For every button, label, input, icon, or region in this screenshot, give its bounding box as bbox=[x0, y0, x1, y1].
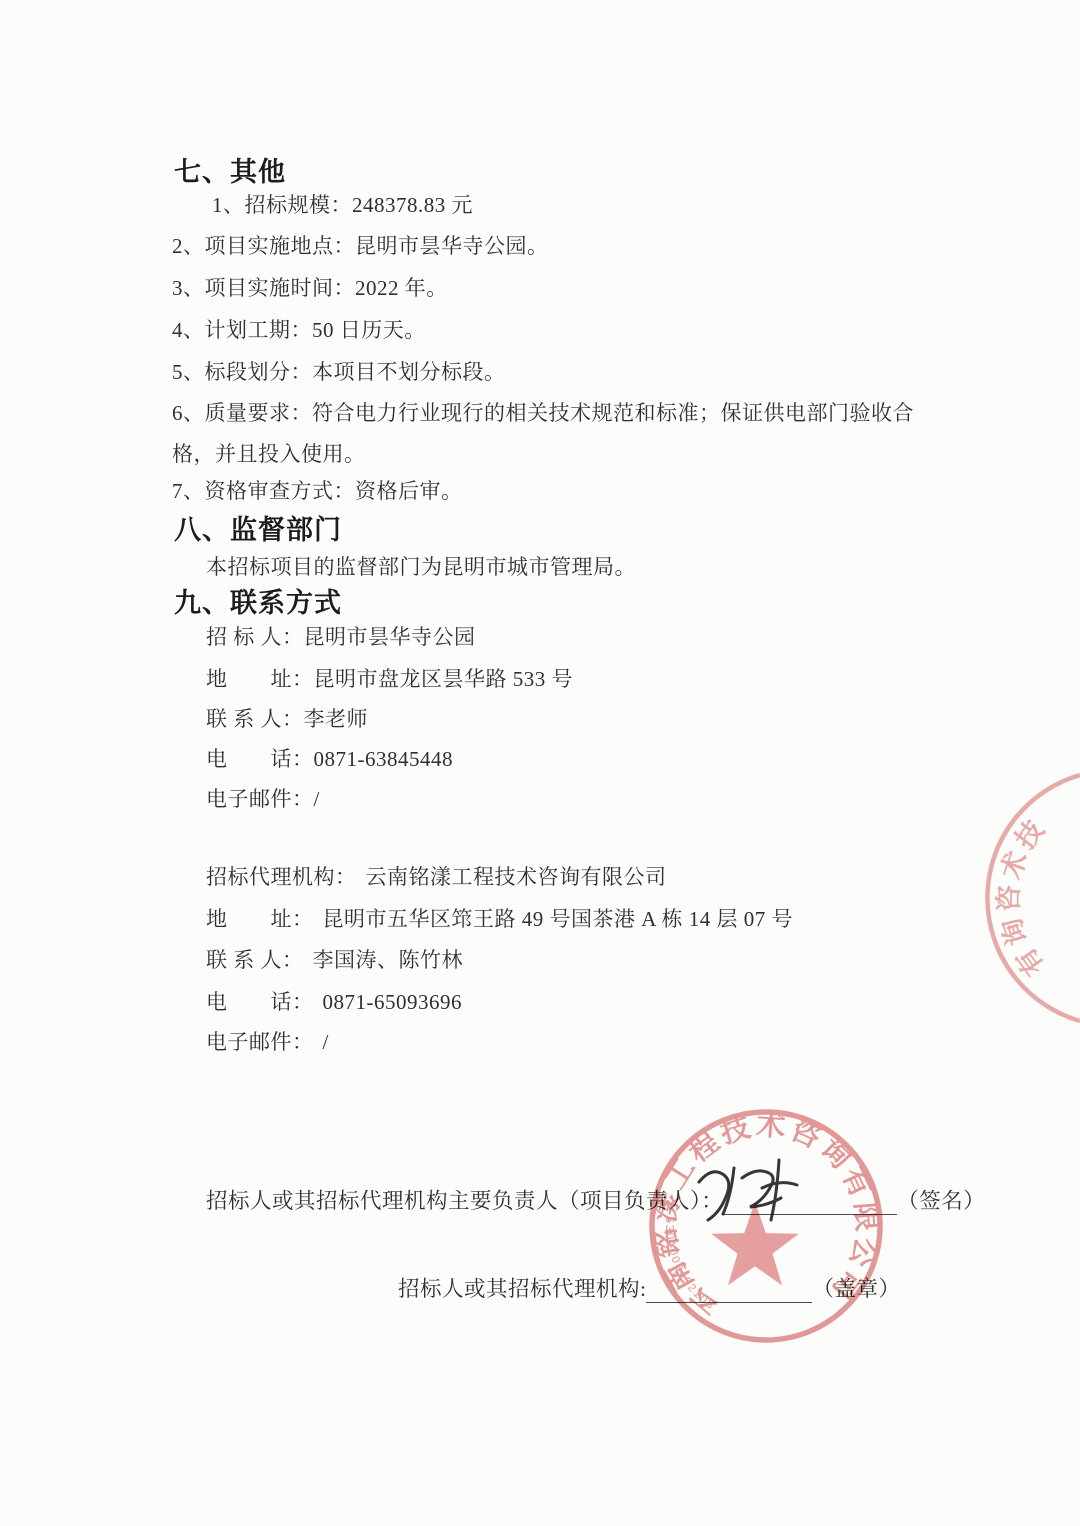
seal-ring bbox=[652, 1112, 880, 1340]
list-item-duration: 4、计划工期：50 日历天。 bbox=[172, 314, 426, 344]
contact-label: 地 址： bbox=[206, 907, 314, 931]
list-item-quality: 6、质量要求：符合电力行业现行的相关技术规范和标准；保证供电部门验收合格，并且投… bbox=[172, 393, 938, 475]
contact-value: 云南铭漾工程技术咨询有限公司 bbox=[357, 865, 667, 889]
contact-label: 联 系 人： bbox=[206, 707, 304, 731]
edge-seal-ring bbox=[987, 775, 1080, 1021]
contact-label: 电 话： bbox=[206, 747, 314, 771]
contact-row-agency-email: 电子邮件：/ bbox=[206, 1026, 329, 1056]
contact-row-tenderer-address: 地 址：昆明市盘龙区昙华路 533 号 bbox=[206, 663, 573, 693]
list-item-location: 2、项目实施地点：昆明市昙华寺公园。 bbox=[172, 230, 549, 260]
edge-seal-text: 有询咨术技 bbox=[994, 812, 1053, 982]
contact-row-agency-name: 招标代理机构：云南铭漾工程技术咨询有限公司 bbox=[206, 861, 667, 891]
supervision-body: 本招标项目的监督部门为昆明市城市管理局。 bbox=[206, 551, 636, 581]
contact-label: 电 话： bbox=[206, 990, 314, 1014]
contact-label: 招 标 人： bbox=[206, 625, 304, 649]
contact-value: 昆明市昙华寺公园 bbox=[304, 625, 476, 649]
contact-label: 电子邮件： bbox=[206, 1030, 314, 1054]
signature-org-label: 招标人或其招标代理机构: bbox=[398, 1272, 646, 1303]
signature-org-suffix: （盖章） bbox=[812, 1272, 900, 1303]
contact-value: 李国涛、陈竹林 bbox=[304, 948, 464, 972]
signature-row-principal: 招标人或其招标代理机构主要负责人（项目负责人）：（签名） bbox=[206, 1184, 985, 1215]
section-heading-supervision: 八、监督部门 bbox=[174, 508, 342, 547]
list-item-bid-scale: 1、招标规模：248378.83 元 bbox=[212, 189, 473, 219]
signature-principal-label: 招标人或其招标代理机构主要负责人（项目负责人）： bbox=[206, 1184, 723, 1215]
contact-value: 昆明市五华区筇王路 49 号国茶港 A 栋 14 层 07 号 bbox=[314, 907, 794, 931]
stamp-underline bbox=[646, 1276, 812, 1303]
company-seal-stamp: 云南铭漾工程技术咨询有限公司 5301000452108 bbox=[646, 1106, 886, 1346]
contact-value: 昆明市盘龙区昙华路 533 号 bbox=[314, 667, 574, 691]
signature-principal-suffix: （签名） bbox=[897, 1184, 985, 1215]
document-page: 七、其他 1、招标规模：248378.83 元 2、项目实施地点：昆明市昙华寺公… bbox=[0, 0, 1080, 1526]
contact-row-tenderer-person: 联 系 人：李老师 bbox=[206, 703, 368, 733]
contact-label: 地 址： bbox=[206, 667, 314, 691]
contact-label: 招标代理机构： bbox=[206, 865, 357, 889]
contact-value: 李老师 bbox=[304, 707, 369, 731]
contact-row-tenderer-email: 电子邮件：/ bbox=[206, 783, 320, 813]
contact-value: / bbox=[314, 1030, 329, 1054]
signature-underline bbox=[723, 1188, 897, 1215]
contact-value: 0871-63845448 bbox=[314, 747, 454, 771]
edge-seal-stamp: 有询咨术技 bbox=[940, 750, 1080, 1050]
contact-row-agency-person: 联 系 人：李国涛、陈竹林 bbox=[206, 944, 463, 974]
list-item-time: 3、项目实施时间：2022 年。 bbox=[172, 272, 448, 302]
signature-row-organization: 招标人或其招标代理机构:（盖章） bbox=[398, 1272, 901, 1303]
contact-label: 电子邮件： bbox=[206, 787, 314, 811]
contact-value: / bbox=[314, 787, 320, 811]
section-heading-other: 七、其他 bbox=[174, 150, 286, 189]
list-item-qualification: 7、资格审查方式：资格后审。 bbox=[172, 475, 463, 505]
contact-row-tenderer-phone: 电 话：0871-63845448 bbox=[206, 743, 453, 773]
list-item-sections: 5、标段划分：本项目不划分标段。 bbox=[172, 356, 506, 386]
contact-row-agency-phone: 电 话：0871-65093696 bbox=[206, 986, 462, 1016]
section-heading-contact: 九、联系方式 bbox=[174, 581, 342, 620]
contact-label: 联 系 人： bbox=[206, 948, 304, 972]
contact-row-agency-address: 地 址：昆明市五华区筇王路 49 号国茶港 A 栋 14 层 07 号 bbox=[206, 903, 793, 933]
contact-row-tenderer-name: 招 标 人：昆明市昙华寺公园 bbox=[206, 621, 476, 651]
contact-value: 0871-65093696 bbox=[314, 990, 463, 1014]
